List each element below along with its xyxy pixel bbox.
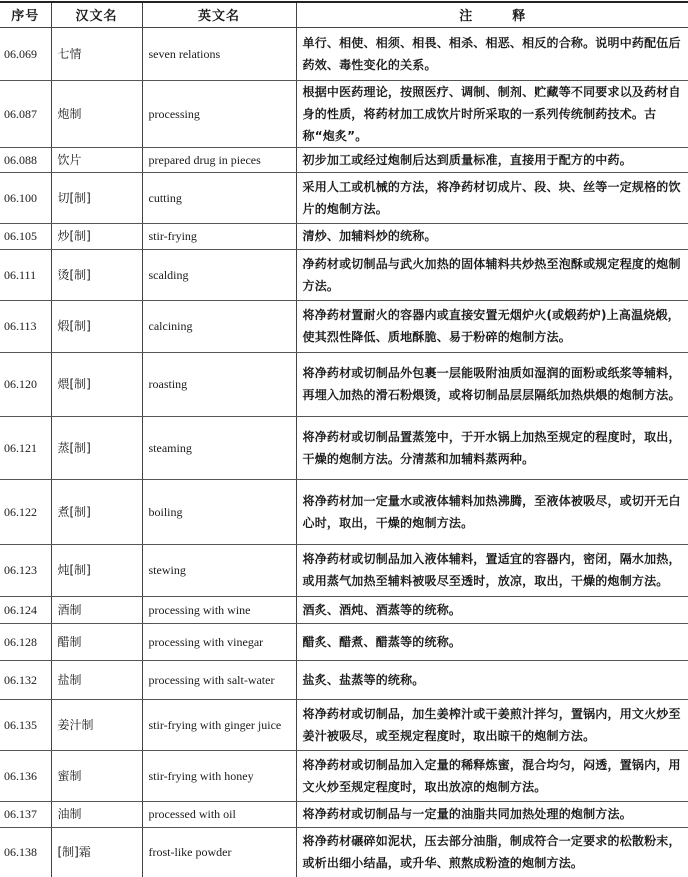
term-number: 06.135 bbox=[0, 699, 51, 750]
term-number: 06.100 bbox=[0, 172, 51, 223]
term-chinese-name: 饮片 bbox=[51, 147, 142, 172]
term-english-name: processing with salt-water bbox=[142, 660, 296, 699]
term-chinese-name: 油制 bbox=[51, 801, 142, 827]
term-chinese-name: 醋制 bbox=[51, 623, 142, 660]
term-number: 06.113 bbox=[0, 300, 51, 352]
header-annotation-label: 注释 bbox=[459, 9, 565, 24]
term-english-name: scalding bbox=[142, 249, 296, 300]
term-english-name: processing bbox=[142, 80, 296, 147]
term-chinese-name: 盐制 bbox=[51, 660, 142, 699]
table-row: 06.132盐制processing with salt-water盐炙、盐蒸等… bbox=[0, 660, 688, 699]
table-row: 06.128醋制processing with vinegar醋炙、醋煮、醋蒸等… bbox=[0, 623, 688, 660]
term-chinese-name: 煮[制] bbox=[51, 479, 142, 544]
term-annotation: 将净药材或切制品，加生姜榨汁或干姜煎汁拌匀，置锅内，用文火炒至姜汁被吸尽，或至规… bbox=[296, 699, 688, 750]
term-chinese-name: 切[制] bbox=[51, 172, 142, 223]
table-row: 06.122煮[制]boiling将净药材加一定量水或液体辅料加热沸腾，至液体被… bbox=[0, 479, 688, 544]
term-annotation: 醋炙、醋煮、醋蒸等的统称。 bbox=[296, 623, 688, 660]
table-row: 06.113煅[制]calcining将净药材置耐火的容器内或直接安置无烟炉火(… bbox=[0, 300, 688, 352]
term-chinese-name: 煅[制] bbox=[51, 300, 142, 352]
term-chinese-name: 蒸[制] bbox=[51, 416, 142, 479]
term-annotation: 将净药材加一定量水或液体辅料加热沸腾，至液体被吸尽，或切开无白心时，取出，干燥的… bbox=[296, 479, 688, 544]
term-number: 06.069 bbox=[0, 27, 51, 80]
term-annotation: 将净药材或切制品置蒸笼中，于开水锅上加热至规定的程度时，取出，干燥的炮制方法。分… bbox=[296, 416, 688, 479]
term-chinese-name: 炒[制] bbox=[51, 223, 142, 249]
term-number: 06.087 bbox=[0, 80, 51, 147]
term-annotation: 将净药材或切制品与一定量的油脂共同加热处理的炮制方法。 bbox=[296, 801, 688, 827]
table-row: 06.136蜜制stir-frying with honey将净药材或切制品加入… bbox=[0, 750, 688, 801]
term-annotation: 将净药材或切制品外包裹一层能吸附油质如湿润的面粉或纸浆等辅料，再埋入加热的滑石粉… bbox=[296, 352, 688, 416]
term-english-name: seven relations bbox=[142, 27, 296, 80]
table-row: 06.138[制]霜frost-like powder将净药材碾碎如泥状，压去部… bbox=[0, 827, 688, 877]
term-chinese-name: 炖[制] bbox=[51, 544, 142, 596]
table-header-row: 序号 汉文名 英文名 注释 bbox=[0, 2, 688, 27]
term-number: 06.122 bbox=[0, 479, 51, 544]
table-row: 06.088饮片prepared drug in pieces初步加工或经过炮制… bbox=[0, 147, 688, 172]
table-row: 06.069七情seven relations单行、相使、相须、相畏、相杀、相恶… bbox=[0, 27, 688, 80]
term-english-name: steaming bbox=[142, 416, 296, 479]
header-english-name: 英文名 bbox=[142, 2, 296, 27]
term-number: 06.124 bbox=[0, 596, 51, 623]
term-chinese-name: 姜汁制 bbox=[51, 699, 142, 750]
term-annotation: 单行、相使、相须、相畏、相杀、相恶、相反的合称。说明中药配伍后药效、毒性变化的关… bbox=[296, 27, 688, 80]
table-row: 06.137油制processed with oil将净药材或切制品与一定量的油… bbox=[0, 801, 688, 827]
table-body: 06.069七情seven relations单行、相使、相须、相畏、相杀、相恶… bbox=[0, 27, 688, 877]
term-chinese-name: 酒制 bbox=[51, 596, 142, 623]
term-chinese-name: 蜜制 bbox=[51, 750, 142, 801]
term-chinese-name: 烫[制] bbox=[51, 249, 142, 300]
term-number: 06.088 bbox=[0, 147, 51, 172]
term-english-name: stir-frying bbox=[142, 223, 296, 249]
term-english-name: boiling bbox=[142, 479, 296, 544]
term-annotation: 根据中医药理论，按照医疗、调制、制剂、贮藏等不同要求以及药材自身的性质，将药材加… bbox=[296, 80, 688, 147]
term-english-name: frost-like powder bbox=[142, 827, 296, 877]
term-english-name: cutting bbox=[142, 172, 296, 223]
term-annotation: 将净药材置耐火的容器内或直接安置无烟炉火(或煅药炉)上高温烧煅，使其烈性降低、质… bbox=[296, 300, 688, 352]
term-english-name: processing with wine bbox=[142, 596, 296, 623]
term-annotation: 将净药材或切制品加入定量的稀释炼蜜，混合均匀，闷透，置锅内，用文火炒至规定程度时… bbox=[296, 750, 688, 801]
term-annotation: 盐炙、盐蒸等的统称。 bbox=[296, 660, 688, 699]
header-annotation: 注释 bbox=[296, 2, 688, 27]
term-number: 06.128 bbox=[0, 623, 51, 660]
table-row: 06.123炖[制]stewing将净药材或切制品加入液体辅料，置适宜的容器内，… bbox=[0, 544, 688, 596]
term-english-name: roasting bbox=[142, 352, 296, 416]
term-number: 06.121 bbox=[0, 416, 51, 479]
table-row: 06.111烫[制]scalding净药材或切制品与武火加热的固体辅料共炒热至泡… bbox=[0, 249, 688, 300]
term-chinese-name: 七情 bbox=[51, 27, 142, 80]
table-row: 06.135姜汁制stir-frying with ginger juice将净… bbox=[0, 699, 688, 750]
term-english-name: processing with vinegar bbox=[142, 623, 296, 660]
term-number: 06.123 bbox=[0, 544, 51, 596]
term-english-name: prepared drug in pieces bbox=[142, 147, 296, 172]
term-number: 06.132 bbox=[0, 660, 51, 699]
header-chinese-name: 汉文名 bbox=[51, 2, 142, 27]
term-english-name: calcining bbox=[142, 300, 296, 352]
terminology-table: 序号 汉文名 英文名 注释 06.069七情seven relations单行、… bbox=[0, 1, 688, 877]
term-annotation: 初步加工或经过炮制后达到质量标准，直接用于配方的中药。 bbox=[296, 147, 688, 172]
term-annotation: 酒炙、酒炖、酒蒸等的统称。 bbox=[296, 596, 688, 623]
table-row: 06.087炮制processing根据中医药理论，按照医疗、调制、制剂、贮藏等… bbox=[0, 80, 688, 147]
term-number: 06.120 bbox=[0, 352, 51, 416]
table-row: 06.120煨[制]roasting将净药材或切制品外包裹一层能吸附油质如湿润的… bbox=[0, 352, 688, 416]
term-annotation: 清炒、加辅料炒的统称。 bbox=[296, 223, 688, 249]
term-english-name: stir-frying with ginger juice bbox=[142, 699, 296, 750]
table-row: 06.124酒制processing with wine酒炙、酒炖、酒蒸等的统称… bbox=[0, 596, 688, 623]
term-number: 06.136 bbox=[0, 750, 51, 801]
term-annotation: 将净药材碾碎如泥状，压去部分油脂，制成符合一定要求的松散粉末，或析出细小结晶，或… bbox=[296, 827, 688, 877]
term-number: 06.138 bbox=[0, 827, 51, 877]
term-annotation: 采用人工或机械的方法，将净药材切成片、段、块、丝等一定规格的饮片的炮制方法。 bbox=[296, 172, 688, 223]
table-row: 06.121蒸[制]steaming将净药材或切制品置蒸笼中，于开水锅上加热至规… bbox=[0, 416, 688, 479]
term-number: 06.111 bbox=[0, 249, 51, 300]
term-annotation: 净药材或切制品与武火加热的固体辅料共炒热至泡酥或规定程度的炮制方法。 bbox=[296, 249, 688, 300]
table-row: 06.100切[制]cutting采用人工或机械的方法，将净药材切成片、段、块、… bbox=[0, 172, 688, 223]
term-chinese-name: [制]霜 bbox=[51, 827, 142, 877]
term-number: 06.137 bbox=[0, 801, 51, 827]
term-chinese-name: 炮制 bbox=[51, 80, 142, 147]
term-english-name: processed with oil bbox=[142, 801, 296, 827]
term-english-name: stir-frying with honey bbox=[142, 750, 296, 801]
term-chinese-name: 煨[制] bbox=[51, 352, 142, 416]
term-number: 06.105 bbox=[0, 223, 51, 249]
term-english-name: stewing bbox=[142, 544, 296, 596]
term-annotation: 将净药材或切制品加入液体辅料，置适宜的容器内，密闭，隔水加热，或用蒸气加热至辅料… bbox=[296, 544, 688, 596]
table-row: 06.105炒[制]stir-frying清炒、加辅料炒的统称。 bbox=[0, 223, 688, 249]
header-number: 序号 bbox=[0, 2, 51, 27]
